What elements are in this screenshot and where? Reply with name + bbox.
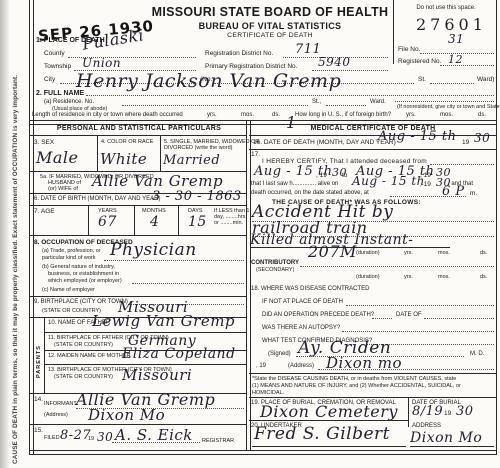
dotted-line [86,95,494,96]
death-occurred-label: death occurred, on the date stated above… [251,190,369,197]
date-of-death-label: 16. DATE OF DEATH (MONTH, DAY AND YEAR) [253,139,396,146]
duration2-mos: mos. [438,274,450,280]
year-prefix: 19 [462,139,469,146]
where-contracted-label: 18. WHERE WAS DISEASE CONTRACTED [251,286,369,293]
registered-number-label: Registered No. [398,58,441,65]
mos-label: mos. [440,112,453,119]
rule [249,397,497,398]
registration-district-label: Registration District No. [205,50,273,57]
age-label: 7. AGE [34,208,55,215]
date-of-death-value: Aug - 15 th [378,129,457,144]
date-of-death-year: 30 [474,131,490,145]
burial-year-prefix: 19 [444,410,451,417]
occupation-a-label: (a) Trade, profession, or [42,248,101,254]
spouse-label3: (or) WIFE of [48,186,78,192]
registrar-label: REGISTRAR [202,438,234,444]
dob-label: 6. DATE OF BIRTH (MONTH, DAY AND YEAR) [34,196,160,203]
rule [29,296,246,297]
footnote-line-2: (1) MEANS AND NATURE OF INJURY, and (2) … [252,383,461,389]
informant-number: 14. [34,396,43,403]
rule [249,420,408,421]
parents-divider [44,317,45,393]
corner-box-divider [393,0,394,64]
dotted-line [112,442,200,443]
age-months-value: 4 [150,214,159,230]
age-years-value: 67 [98,214,117,230]
rule [249,135,497,136]
duration-label: (duration) [356,250,380,256]
header-board: MISSOURI STATE BOARD OF HEALTH [150,5,390,19]
rule [249,149,497,150]
township-label: Township [44,63,71,70]
occupation-value: Physician [110,240,197,260]
street-label: St. [418,76,426,83]
rule [29,235,246,236]
last-saw-label: that I last saw h.............. alive on [251,181,338,188]
dotted-line [300,266,494,267]
medical-section-title: MEDICAL CERTIFICATE OF DEATH [252,125,494,133]
form-left-border [29,0,34,454]
footnote-line-3: HOMICIDAL. [252,390,284,396]
cell-divider [178,205,179,235]
burial-date-value: 8/19 [412,404,443,419]
filed-year-value: 30 [97,430,113,444]
yrs-label: yrs. [406,112,416,119]
mother-birthplace-sub: (STATE OR COUNTRY) [54,374,113,380]
mother-birthplace-value: Missouri [122,366,192,384]
father-birthplace-sub: (STATE OR COUNTRY) [54,342,113,348]
file-number-label: File No. [398,46,420,53]
length-residence-label: Length of residence in city or town wher… [32,112,183,119]
occupation-b-label: (b) General nature of industry, [42,264,115,270]
nineteen-label: , 19 [256,363,266,370]
dob-value: 3 - 30 - 1863 [152,189,242,204]
filed-label: FILED [44,435,60,441]
ward-label: Ward) [477,76,494,83]
dotted-line [346,305,494,306]
cell-divider [97,135,98,171]
contributory-label: CONTRIBUTORY [251,260,299,267]
mother-name-value: Eliza Copeland [122,346,236,362]
dotted-line [342,331,494,332]
dotted-line [318,369,494,370]
autopsy-label: WAS THERE AN AUTOPSY? [262,325,340,332]
header-certificate: CERTIFICATE OF DEATH [150,32,390,40]
cell-divider [88,205,89,235]
contributory-sub-label: (SECONDARY) [256,267,294,273]
cell-divider [134,205,135,235]
burial-place-value: Dixon Cemetery [260,402,398,421]
file-number-value: 31 [448,32,464,46]
section-divider [29,120,497,125]
footnote-line-1: *State the DISEASE CAUSING DEATH, or in … [252,376,456,382]
informant-address-value: Dixon Mo [88,406,165,424]
certificate-paper: CAUSE OF DEATH in plain terms, so that i… [0,0,500,468]
yrs-label: yrs. [207,112,217,119]
informant-label: INFORMANT [44,401,77,407]
age-days-value: 15 [188,214,207,230]
full-name-value: Henry Jackson Van Gremp [76,70,341,92]
ds-label: ds. [478,112,486,119]
residence-st-label: St., [312,99,321,106]
duration2-ds: ds. [480,274,487,280]
county-label: County [44,50,65,57]
dotted-line [372,318,392,319]
death-time-value: 6 P [442,184,465,199]
dotted-line [395,101,494,102]
certify-number: 17. [251,151,260,158]
duration2-yrs: yrs. [404,274,413,280]
marital-label2: DIVORCED (write the word) [164,145,232,151]
birthplace-label: 9. BIRTHPLACE (CITY OR TOWN) [34,299,128,306]
mos-label: mos. [241,112,254,119]
dotted-line [424,318,494,319]
undertaker-value: Fred S. Gilbert [254,424,390,444]
race-value: White [100,150,147,168]
race-label: 4. COLOR OR RACE [101,139,153,145]
dotted-line [132,283,244,284]
filed-number: 15. [34,427,43,434]
spouse-value: Allie Van Gremp [92,172,223,190]
duration2-label: (duration) [356,274,380,280]
m-label: m. [470,190,477,197]
residence-ward-label: Ward. [370,99,386,106]
operation-label: DID AN OPERATION PRECEDE DEATH? [262,312,374,319]
to-word: to [342,172,347,179]
dotted-line [430,164,494,165]
occupation-c-label: (c) Name of employer [42,287,95,293]
dotted-line [104,260,244,261]
occupation-b-label3: which employed (or employer) [48,278,122,284]
personal-section-title: PERSONAL AND STATISTICAL PARTICULARS [32,125,246,133]
date-of-label: DATE OF [396,312,422,319]
undertaker-address-value: Dixon Mo [410,430,482,446]
cell-divider [160,135,161,171]
margin-note: CAUSE OF DEATH in plain terms, so that i… [12,9,19,464]
marital-value: Married [163,153,220,168]
hand-underline [410,446,494,447]
sex-label: 3. SEX [34,139,54,146]
if-less-label3: or ........min. [214,220,243,226]
rule [44,364,246,365]
residence-label: (a) Residence. No. [44,99,94,106]
nonresident-note: (If nonresident, give city or town and S… [397,104,500,110]
rule [29,135,246,136]
ds-label: ds. [272,112,280,119]
filed-year-prefix: 19 [88,436,94,442]
mother-name-label: 12. MAIDEN NAME OF MOTHER [48,353,131,359]
duration-mos: mos. [438,250,450,256]
primary-registration-value: 5940 [318,55,351,69]
corner-note: Do not use this space. [398,5,494,12]
hand-underline [252,446,406,447]
header-bureau: BUREAU OF VITAL STATISTICS [150,21,390,31]
howlong-label: How long in U. S., if of foreign birth? [295,112,391,119]
rule [249,373,497,374]
dotted-line [326,105,366,106]
duration-ds: ds. [480,250,487,256]
from-year-prefix: , 19 [316,172,327,179]
occupation-a-label2: particular kind of work [42,255,96,261]
dotted-line [430,83,474,84]
signed-label: (Signed) [268,351,291,358]
duration-yrs: yrs. [404,250,413,256]
lastsaw-year-prefix: , 19 [420,181,431,188]
address-label: (Address) [288,363,314,370]
parents-vertical-label: PARENTS [36,345,42,378]
undertaker-address-label: ADDRESS [412,423,441,430]
city-label: City [44,76,55,83]
form-right-border [496,0,497,454]
md-label: M. D. [470,351,484,358]
rule [29,205,246,206]
burial-cell-divider [408,397,409,427]
if-not-label: IF NOT AT PLACE OF DEATH [262,299,343,306]
informant-address-label: (Address) [44,412,68,418]
filed-date-value: 8-27 [60,428,91,443]
contributory-code: 207M [308,242,357,261]
sex-value: Male [36,148,79,167]
father-name-value: Lewig Van Gremp [92,312,235,330]
burial-date-year: 30 [456,404,474,419]
dotted-line [122,105,308,106]
form-bottom-border [29,450,497,455]
township-value: Union [82,56,121,70]
occupation-b-label2: business, or establishment in [48,271,119,277]
scan-edge [0,0,10,468]
dotted-line [440,65,494,66]
rule [29,424,246,425]
last-saw-value: Aug - 15 th [352,174,425,188]
